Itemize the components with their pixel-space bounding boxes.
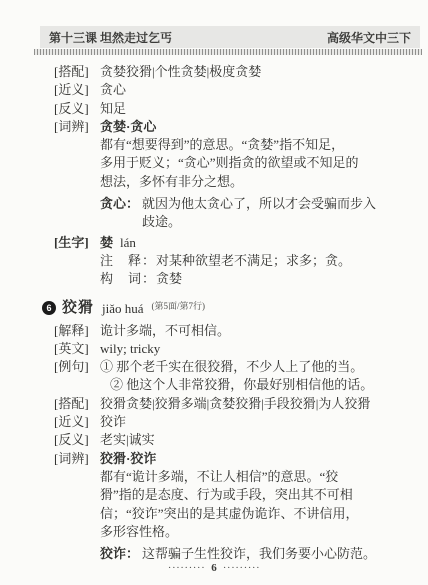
build-label: 构 词： [100, 271, 156, 286]
field-value: ② 他这个人非常狡猾，你最好别相信他的话。 [100, 376, 412, 394]
field-row: [近义] 狡诈 [54, 413, 412, 431]
page-footer: ·········6········· [0, 562, 428, 574]
example-line: 歧途。 [142, 214, 181, 229]
field-row: [反义] 知足 [54, 100, 412, 118]
page-body: [搭配] 贪婪狡猾|个性贪婪|极度贪婪 [近义] 贪心 [反义] 知足 [词辨]… [0, 55, 428, 563]
build-text: 贪婪 [156, 271, 182, 286]
field-label: [搭配] [54, 395, 100, 413]
example-block: 贪心： 就因为他太贪心了，所以才会受骗而步入 歧途。 [54, 195, 412, 232]
cibian-line: 多用于贬义；“贪心”则指贪的欲望或不知足的 [54, 154, 412, 172]
example-block: 狡诈： 这帮骗子生性狡诈，我们务要小心防范。 [54, 545, 412, 563]
example-word: 贪心： [100, 195, 142, 232]
field-label [54, 376, 100, 394]
page-header: 第十三课 坦然走过乞丐 高级华文中三下 [40, 26, 420, 48]
field-label: [搭配] [54, 63, 100, 81]
field-value: ① 那个老千实在很狡猾，不少人上了他的当。 [100, 358, 412, 376]
example-line: 这帮骗子生性狡诈，我们务要小心防范。 [142, 546, 376, 561]
entry-number-badge: 6 [42, 301, 56, 315]
note-label: 注 释： [100, 253, 156, 268]
field-value: 贪婪狡猾|个性贪婪|极度贪婪 [100, 63, 412, 81]
field-label: [词辨] [54, 118, 100, 136]
field-row: [词辨] 贪婪·贪心 [54, 118, 412, 136]
field-value: 知足 [100, 100, 412, 118]
field-label: [例句] [54, 358, 100, 376]
field-value: 狡诈 [100, 413, 412, 431]
field-row: ② 他这个人非常狡猾，你最好别相信他的话。 [54, 376, 412, 394]
field-row: [例句] ① 那个老千实在很狡猾，不少人上了他的当。 [54, 358, 412, 376]
field-label: [反义] [54, 431, 100, 449]
cibian-line: 信；“狡诈”突出的是其虚伪诡诈、不讲信用， [54, 505, 412, 523]
example-word: 狡诈： [100, 545, 142, 563]
field-row: [词辨] 狡猾·狡诈 [54, 450, 412, 468]
shengzi-note-line: 注 释：对某种欲望老不满足；求多；贪。 [54, 252, 412, 270]
footer-page-number: 6 [211, 562, 217, 574]
shengzi-pinyin: lán [120, 234, 136, 252]
field-value: 贪心 [100, 81, 412, 99]
entry-source-ref: (第5面/第7行) [152, 295, 206, 318]
field-value: 贪婪·贪心 [100, 118, 412, 136]
field-row: [搭配] 贪婪狡猾|个性贪婪|极度贪婪 [54, 63, 412, 81]
example-lines: 这帮骗子生性狡诈，我们务要小心防范。 [142, 545, 412, 563]
cibian-line: 想法，多怀有非分之想。 [54, 173, 412, 191]
field-value: 狡猾贪婪|狡猾多端|贪婪狡猾|手段狡猾|为人狡猾 [100, 395, 412, 413]
footer-dots-right: ········· [223, 562, 260, 574]
example-lines: 就因为他太贪心了，所以才会受骗而步入 歧途。 [142, 195, 412, 232]
field-value: wily; tricky [100, 340, 412, 358]
field-label: [英文] [54, 340, 100, 358]
field-label: [近义] [54, 413, 100, 431]
header-lesson-title: 第十三课 坦然走过乞丐 [49, 29, 172, 46]
cibian-line: 都有“想要得到”的意思。“贪婪”指不知足， [54, 136, 412, 154]
cibian-line: 猾”指的是态度、行为或手段，突出其不可相 [54, 486, 412, 504]
entry-word: 狡猾 [62, 297, 94, 320]
footer-dots-left: ········· [168, 562, 205, 574]
field-row: [搭配] 狡猾贪婪|狡猾多端|贪婪狡猾|手段狡猾|为人狡猾 [54, 395, 412, 413]
field-row: [近义] 贪心 [54, 81, 412, 99]
entry-heading: 6 狡猾 jiǎo huá (第5面/第7行) [42, 297, 412, 320]
field-row: [解释] 诡计多端，不可相信。 [54, 322, 412, 340]
note-text: 对某种欲望老不满足；求多；贪。 [156, 253, 351, 268]
field-value: 狡猾·狡诈 [100, 450, 412, 468]
field-label: [反义] [54, 100, 100, 118]
textbook-page: 第十三课 坦然走过乞丐 高级华文中三下 [搭配] 贪婪狡猾|个性贪婪|极度贪婪 … [0, 0, 428, 585]
field-value: 老实|诚实 [100, 431, 412, 449]
entry-pinyin: jiǎo huá [102, 297, 144, 320]
field-label: [词辨] [54, 450, 100, 468]
cibian-line: 多形容性格。 [54, 523, 412, 541]
field-row: [反义] 老实|诚实 [54, 431, 412, 449]
header-book-title: 高级华文中三下 [327, 29, 411, 46]
field-label: [生字] [54, 234, 100, 252]
field-value: 诡计多端，不可相信。 [100, 322, 412, 340]
shengzi-build-line: 构 词：贪婪 [54, 270, 412, 288]
cibian-line: 都有“诡计多端，不让人相信”的意思。“狡 [54, 468, 412, 486]
example-line: 就因为他太贪心了，所以才会受骗而步入 [142, 196, 376, 211]
shengzi-row: [生字] 婪 lán [54, 234, 412, 252]
shengzi-char: 婪 [100, 234, 113, 252]
field-row: [英文] wily; tricky [54, 340, 412, 358]
field-label: [近义] [54, 81, 100, 99]
field-label: [解释] [54, 322, 100, 340]
